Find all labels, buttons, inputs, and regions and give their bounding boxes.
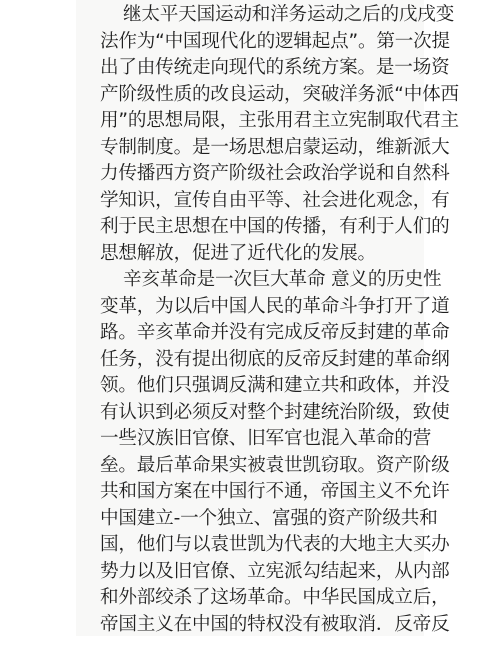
text-line: 中国建立-一个独立、富强的资产阶级共和 <box>100 506 406 533</box>
text-line: 和外部绞杀了这场革命。中华民国成立后， <box>100 585 406 612</box>
text-line: 力传播西方资产阶级社会政治学说和自然科 <box>100 161 406 188</box>
text-line: 辛亥革命是一次巨大革命 意义的历史性 <box>100 267 406 294</box>
paragraph-wuxu-reform: 继太平天国运动和洋务运动之后的戊戌变 法作为“中国现代化的逻辑起点”。第一次提 … <box>100 2 406 267</box>
text-line: 产阶级性质的改良运动，突破洋务派“中体西 <box>100 82 406 109</box>
text-line: 出了由传统走向现代的系统方案。是一场资 <box>100 55 406 82</box>
document-body: 继太平天国运动和洋务运动之后的戊戌变 法作为“中国现代化的逻辑起点”。第一次提 … <box>100 2 406 638</box>
text-line: 领。他们只强调反满和建立共和政体，并没 <box>100 373 406 400</box>
text-line: 势力以及旧官僚、立宪派勾结起来，从内部 <box>100 559 406 586</box>
text-line: 思想解放，促进了近代化的发展。 <box>100 241 406 268</box>
text-line: 法作为“中国现代化的逻辑起点”。第一次提 <box>100 29 406 56</box>
text-line: 垒。最后革命果实被袁世凯窃取。资产阶级 <box>100 453 406 480</box>
text-line: 一些汉族旧官僚、旧军官也混入革命的营 <box>100 426 406 453</box>
text-line: 用”的思想局限，主张用君主立宪制取代君主 <box>100 108 406 135</box>
text-line: 路。辛亥革命并没有完成反帝反封建的革命 <box>100 320 406 347</box>
text-line: 利于民主思想在中国的传播，有利于人们的 <box>100 214 406 241</box>
text-line: 有认识到必须反对整个封建统治阶级，致使 <box>100 400 406 427</box>
text-line: 变革，为以后中国人民的革命斗争打开了道 <box>100 294 406 321</box>
text-line: 国，他们与以袁世凯为代表的大地主大买办 <box>100 532 406 559</box>
text-line: 共和国方案在中国行不通，帝国主义不允许 <box>100 479 406 506</box>
text-line: 学知识，宣传自由平等、社会进化观念，有 <box>100 188 406 215</box>
text-line: 任务，没有提出彻底的反帝反封建的革命纲 <box>100 347 406 374</box>
text-line: 帝国主义在中国的特权没有被取消．反帝反 <box>100 612 406 639</box>
paragraph-xinhai-revolution: 辛亥革命是一次巨大革命 意义的历史性 变革，为以后中国人民的革命斗争打开了道 路… <box>100 267 406 638</box>
text-line: 专制制度。是一场思想启蒙运动，维新派大 <box>100 135 406 162</box>
text-line: 继太平天国运动和洋务运动之后的戊戌变 <box>100 2 406 29</box>
